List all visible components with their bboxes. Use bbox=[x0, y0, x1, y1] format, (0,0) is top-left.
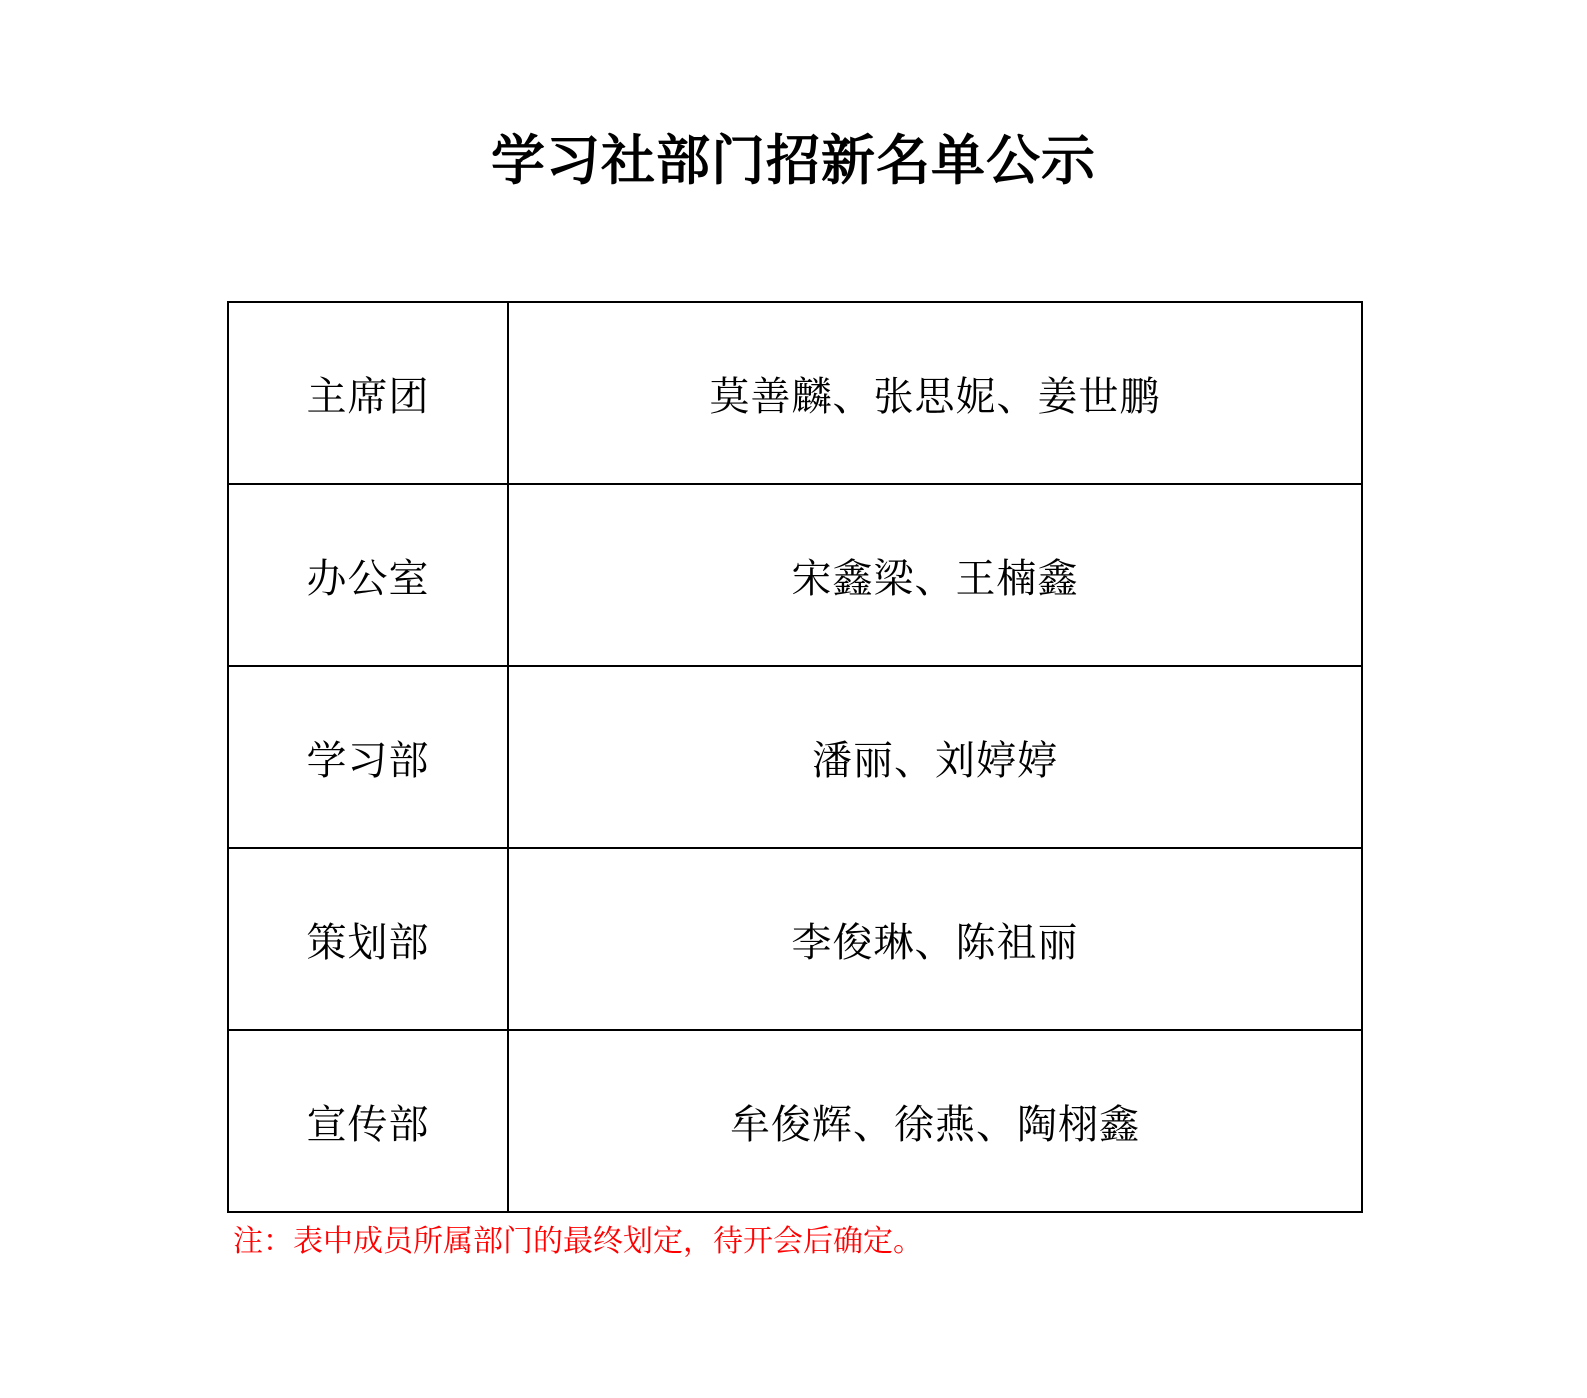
footnote: 注：表中成员所属部门的最终划定，待开会后确定。 bbox=[233, 1222, 923, 1263]
department-cell: 主席团 bbox=[228, 302, 508, 484]
table-row: 宣传部 牟俊辉、徐燕、陶栩鑫 bbox=[228, 1030, 1362, 1212]
table-row: 学习部 潘丽、刘婷婷 bbox=[228, 666, 1362, 848]
members-cell: 莫善麟、张思妮、姜世鹏 bbox=[508, 302, 1362, 484]
recruitment-table: 主席团 莫善麟、张思妮、姜世鹏 办公室 宋鑫梁、王楠鑫 学习部 潘丽、刘婷婷 策… bbox=[227, 301, 1363, 1213]
department-cell: 办公室 bbox=[228, 484, 508, 666]
members-cell: 李俊琳、陈祖丽 bbox=[508, 848, 1362, 1030]
table-row: 策划部 李俊琳、陈祖丽 bbox=[228, 848, 1362, 1030]
table-row: 主席团 莫善麟、张思妮、姜世鹏 bbox=[228, 302, 1362, 484]
department-cell: 策划部 bbox=[228, 848, 508, 1030]
document-page: 学习社部门招新名单公示 主席团 莫善麟、张思妮、姜世鹏 办公室 宋鑫梁、王楠鑫 … bbox=[0, 0, 1587, 1398]
table-row: 办公室 宋鑫梁、王楠鑫 bbox=[228, 484, 1362, 666]
members-cell: 宋鑫梁、王楠鑫 bbox=[508, 484, 1362, 666]
department-cell: 学习部 bbox=[228, 666, 508, 848]
department-cell: 宣传部 bbox=[228, 1030, 508, 1212]
page-title: 学习社部门招新名单公示 bbox=[0, 128, 1587, 196]
members-cell: 牟俊辉、徐燕、陶栩鑫 bbox=[508, 1030, 1362, 1212]
members-cell: 潘丽、刘婷婷 bbox=[508, 666, 1362, 848]
